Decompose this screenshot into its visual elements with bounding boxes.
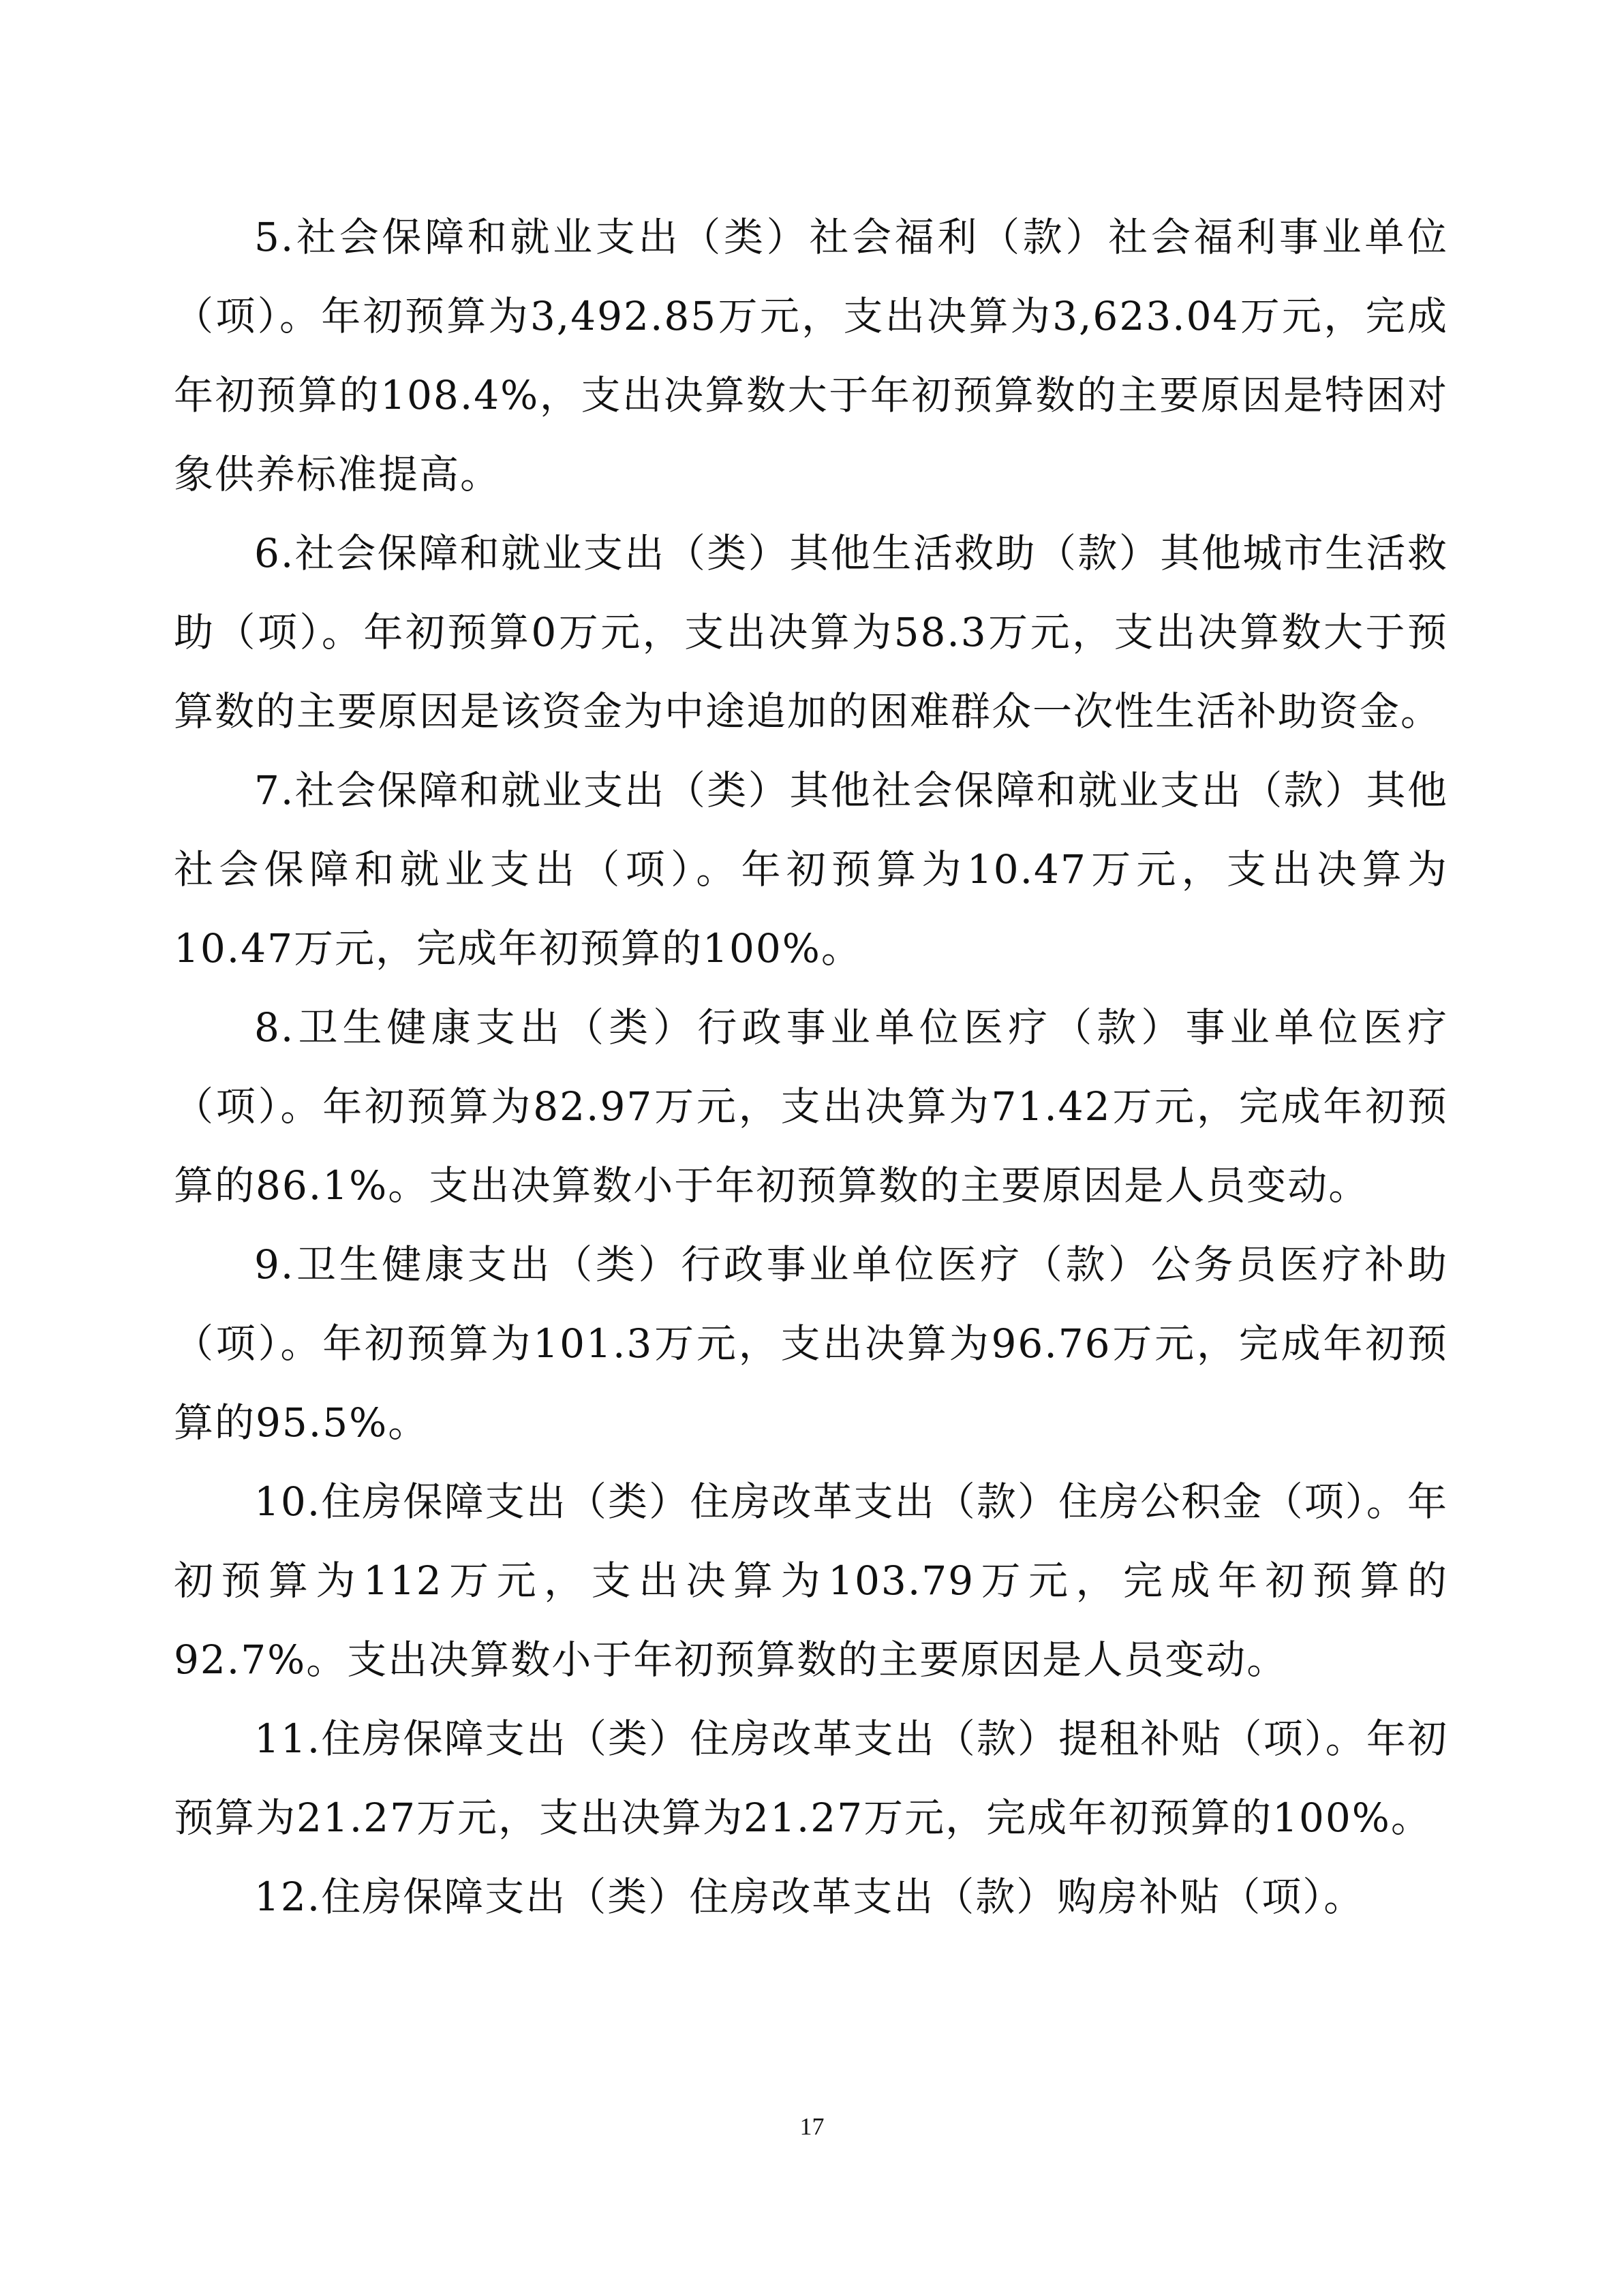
- paragraph-item-10: 10.住房保障支出（类）住房改革支出（款）住房公积金（项）。年初预算为112万元…: [174, 1462, 1448, 1699]
- paragraph-item-6: 6.社会保障和就业支出（类）其他生活救助（款）其他城市生活救助（项）。年初预算0…: [174, 514, 1448, 751]
- paragraph-item-12: 12.住房保障支出（类）住房改革支出（款）购房补贴（项）。: [174, 1857, 1448, 1936]
- page-number: 17: [0, 2112, 1624, 2141]
- paragraph-item-11: 11.住房保障支出（类）住房改革支出（款）提租补贴（项）。年初预算为21.27万…: [174, 1699, 1448, 1857]
- paragraph-item-7: 7.社会保障和就业支出（类）其他社会保障和就业支出（款）其他社会保障和就业支出（…: [174, 751, 1448, 988]
- paragraph-item-5: 5.社会保障和就业支出（类）社会福利（款）社会福利事业单位（项）。年初预算为3,…: [174, 198, 1448, 514]
- paragraph-item-9: 9.卫生健康支出（类）行政事业单位医疗（款）公务员医疗补助（项）。年初预算为10…: [174, 1225, 1448, 1462]
- document-body: 5.社会保障和就业支出（类）社会福利（款）社会福利事业单位（项）。年初预算为3,…: [174, 198, 1448, 1936]
- paragraph-item-8: 8.卫生健康支出（类）行政事业单位医疗（款）事业单位医疗（项）。年初预算为82.…: [174, 988, 1448, 1225]
